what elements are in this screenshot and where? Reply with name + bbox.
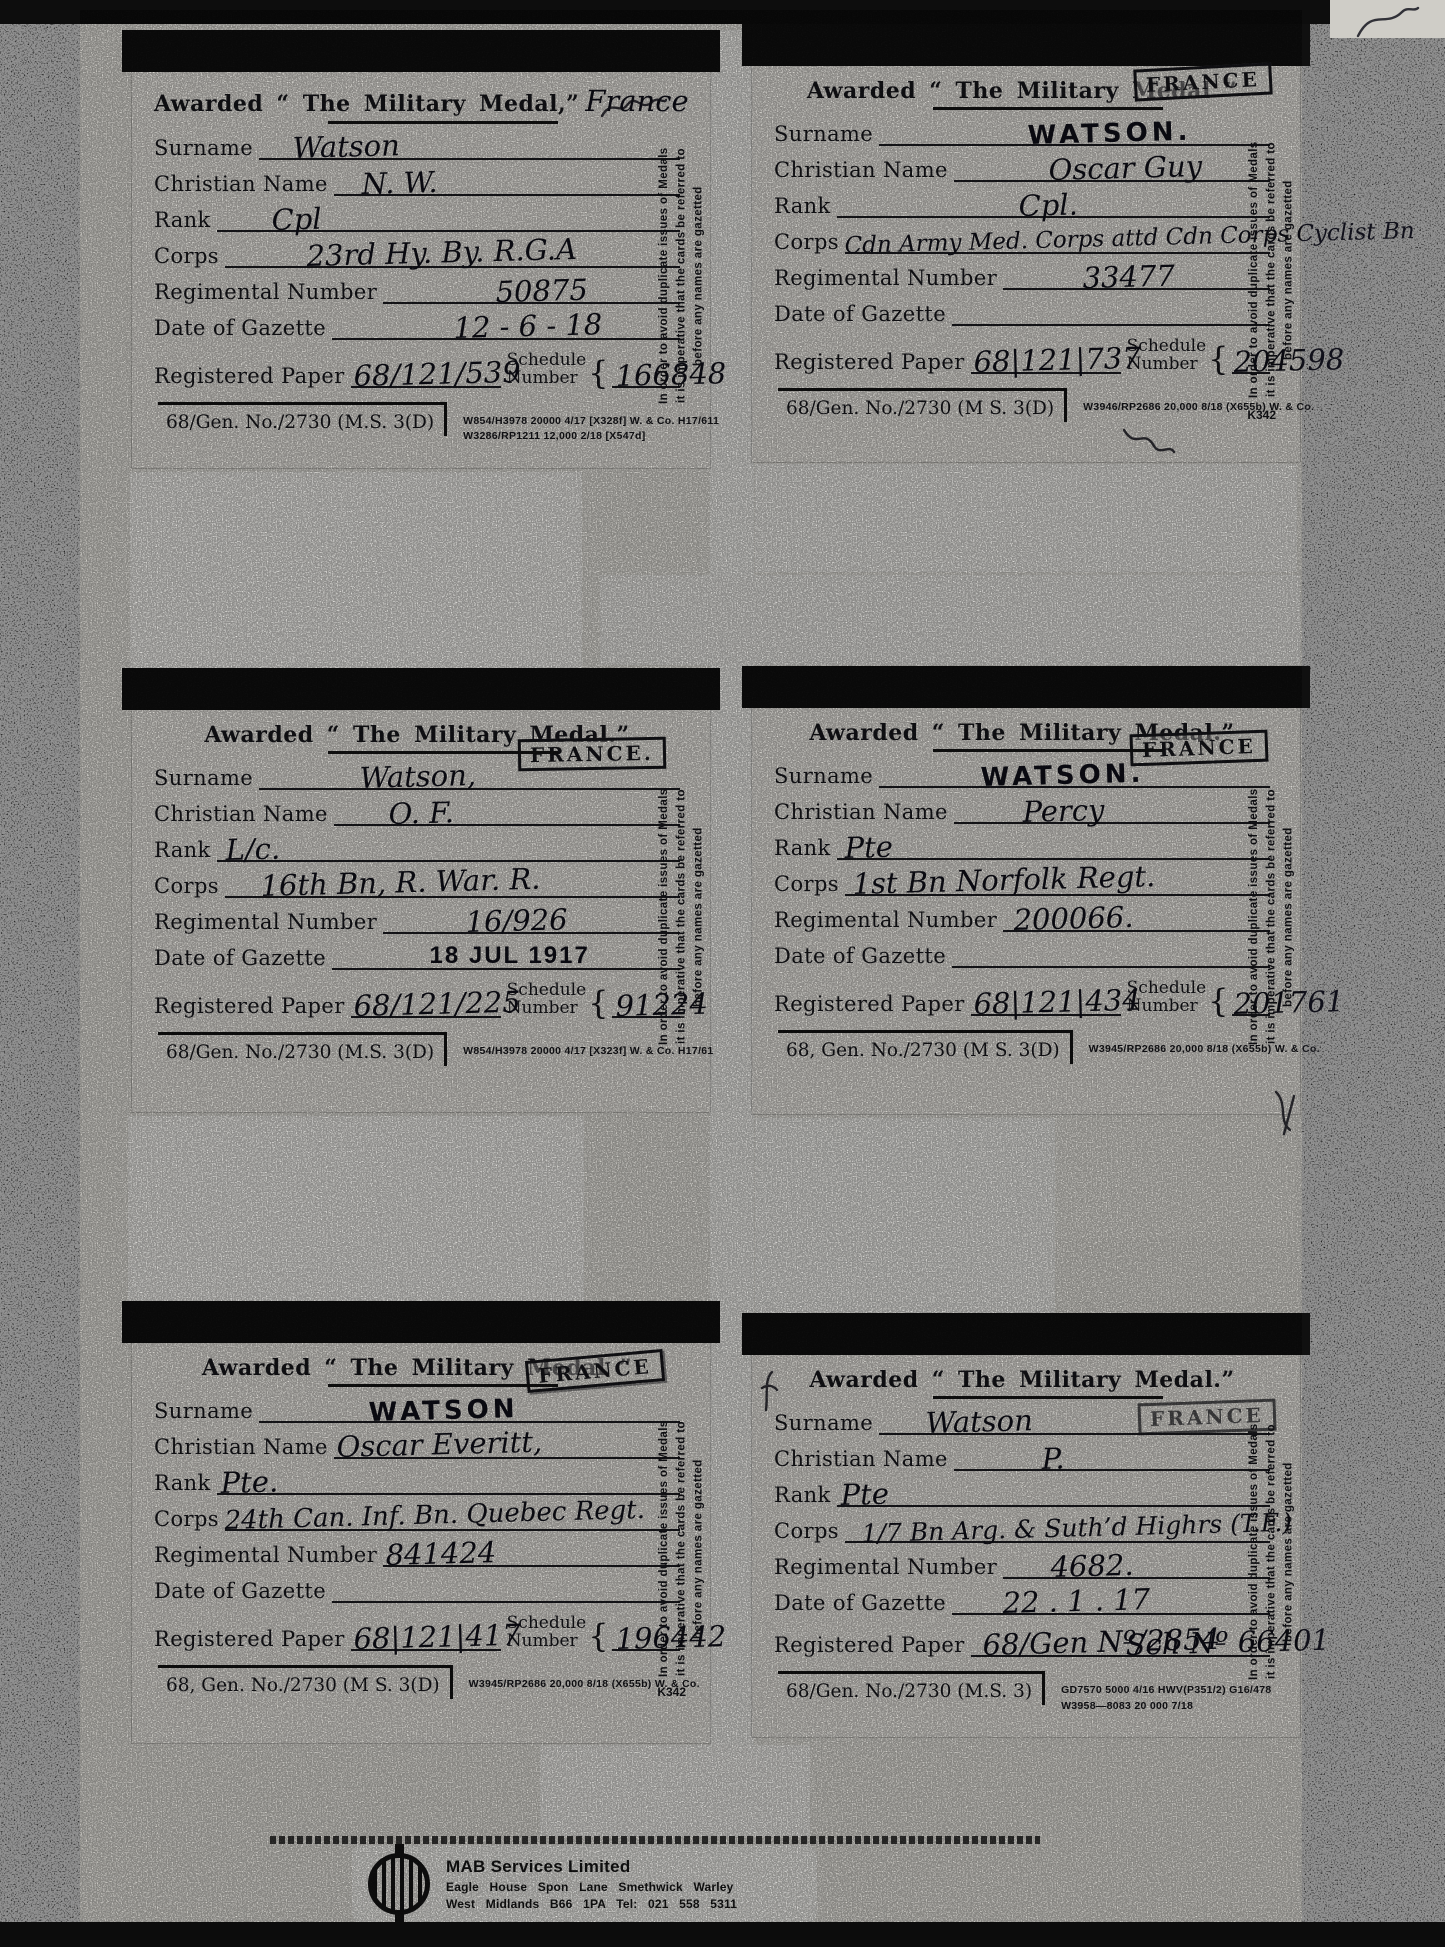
registered-paper-row: Registered Paper 68|121|737 ScheduleNumb… (774, 338, 1270, 374)
card-header: Awarded “ The Military Medal.” (774, 1367, 1270, 1399)
pen-flourish (758, 1366, 780, 1416)
rule-line: 1/7 Bn Arg. & Suth’d Highrs (T.F.) (845, 1513, 1270, 1543)
corps-label: Corps (154, 1507, 225, 1531)
mab-company-name: MAB Services Limited (446, 1857, 737, 1877)
registered-paper-row: Registered Paper 68/121/225 ScheduleNumb… (154, 982, 680, 1018)
christian-name-value: N. W. (361, 165, 438, 201)
gazette-row: Date of Gazette (774, 938, 1270, 968)
christian-name-label: Christian Name (774, 800, 954, 824)
christian-name-value: P. (1041, 1441, 1065, 1476)
regimental-number-row: Regimental Number4682. (774, 1549, 1270, 1579)
gazette-label: Date of Gazette (774, 1591, 952, 1615)
mab-address-line1: Eagle House Spon Lane Smethwick Warley (446, 1880, 737, 1894)
regimental-number-value: 4682. (1050, 1548, 1134, 1584)
rule-line: 16th Bn, R. War. R. (225, 868, 680, 898)
card-footer: 68/Gen. No./2730 (M.S. 3) GD7570 5000 4/… (774, 1671, 1270, 1715)
rule-line: 841424 (383, 1537, 680, 1567)
christian-name-row: Christian NameOscar Everitt, (154, 1429, 680, 1459)
rule-line (952, 938, 1270, 968)
gazette-row: Date of Gazette (154, 1573, 680, 1603)
rank-label: Rank (774, 836, 837, 860)
registered-paper-value: 68/121/539 (353, 354, 521, 392)
gazette-label: Date of Gazette (154, 316, 332, 340)
rule-line: Pte. (217, 1465, 680, 1495)
medal-card-watson-nw: Awarded “ The Military Medal,”France Sur… (132, 72, 710, 468)
schedule-brace: { (588, 1622, 608, 1651)
blank-area (600, 575, 1300, 665)
card-title: Awarded “ The Military Medal,” (154, 91, 579, 117)
rank-row: RankCpl (154, 202, 680, 232)
side-note: In order to avoid duplicate issues of Me… (656, 108, 708, 444)
card-footer: 68, Gen. No./2730 (M S. 3(D) W3945/RP268… (154, 1665, 680, 1699)
title-underline (933, 749, 1163, 752)
blank-area (755, 1118, 1055, 1314)
surname-row: SurnameWATSON. (774, 116, 1270, 146)
regimental-number-label: Regimental Number (154, 1543, 383, 1567)
card-title: Awarded “ The Military Medal.” (809, 1367, 1234, 1393)
surname-row: SurnameWATSON (154, 1393, 680, 1423)
rank-row: RankPte (774, 1477, 1270, 1507)
regimental-number-row: Regimental Number50875 (154, 274, 680, 304)
rule-line: 12 - 6 - 18 (332, 310, 680, 340)
rule-line: Oscar Guy (954, 152, 1270, 182)
card-top-bar (742, 666, 1310, 708)
card-footer: 68, Gen. No./2730 (M S. 3(D) W3945/RP268… (774, 1030, 1270, 1064)
surname-row: SurnameWatson, (154, 760, 680, 790)
surname-value: WATSON. (980, 759, 1145, 793)
rule-line: 16/926 (383, 904, 680, 934)
rule-line (952, 296, 1270, 326)
side-note: In order to avoid duplicate issues of Me… (656, 1379, 708, 1719)
regimental-number-label: Regimental Number (774, 1555, 1003, 1579)
gazette-label: Date of Gazette (774, 944, 952, 968)
rule-line: 68|121|737 (971, 344, 1121, 374)
blank-area (128, 1116, 584, 1302)
rule-line: 200066. (1003, 902, 1270, 932)
blank-area (1055, 1118, 1295, 1238)
rule-line: 68|121|434 (971, 986, 1121, 1016)
registered-paper-value: 68|121|737 (973, 340, 1141, 378)
rule-line: Pte (837, 1477, 1270, 1507)
schedule-brace: { (588, 359, 608, 388)
gazette-value: 22 . 1 . 17 (1002, 1582, 1150, 1620)
surname-label: Surname (154, 136, 259, 160)
registered-paper-label: Registered Paper (154, 364, 351, 388)
registered-paper-row: Registered Paper 68/Gen Nº/2854Sch Nº 66… (774, 1627, 1270, 1657)
rule-line: 1st Bn Norfolk Regt. (845, 866, 1270, 896)
regimental-number-row: Regimental Number33477 (774, 260, 1270, 290)
regimental-number-row: Regimental Number16/926 (154, 904, 680, 934)
christian-name-label: Christian Name (774, 1447, 954, 1471)
title-underline (933, 107, 1163, 110)
rule-line: WATSON. (879, 758, 1270, 788)
christian-name-label: Christian Name (774, 158, 954, 182)
medal-card-watson-oscar-guy: FRANCE Awarded “ The Military Medal ” Su… (752, 66, 1300, 462)
pen-flourish (598, 86, 670, 128)
gazette-row: Date of Gazette22 . 1 . 17 (774, 1585, 1270, 1615)
rule-line: Watson, (259, 760, 680, 790)
card-footer: 68/Gen. No./2730 (M.S. 3(D) W854/H3978 2… (154, 1032, 680, 1066)
registered-paper-row: Registered Paper 68|121|434 ScheduleNumb… (774, 980, 1270, 1016)
regimental-number-value: 16/926 (465, 902, 568, 939)
rule-line: 68/121/539 (351, 358, 501, 388)
regimental-number-label: Regimental Number (774, 908, 1003, 932)
footer-reference: 68, Gen. No./2730 (M S. 3(D) (778, 1030, 1073, 1064)
christian-name-value: Oscar Guy (1048, 149, 1202, 187)
rank-label: Rank (154, 838, 217, 862)
side-note: In order to avoid duplicate issues of Me… (1246, 1391, 1298, 1713)
corps-row: Corps23rd Hy. By. R.G.A (154, 238, 680, 268)
rank-label: Rank (774, 194, 837, 218)
mab-services-stamp: MAB Services Limited Eagle House Spon La… (352, 1845, 817, 1923)
footer-reference: 68/Gen. No./2730 (M S. 3(D) (778, 388, 1067, 422)
pen-flourish (1266, 1086, 1306, 1140)
surname-label: Surname (774, 764, 879, 788)
regimental-number-label: Regimental Number (154, 910, 383, 934)
corps-row: Corps1/7 Bn Arg. & Suth’d Highrs (T.F.) (774, 1513, 1270, 1543)
rank-label: Rank (154, 208, 217, 232)
medal-card-watson-of: FRANCE. Awarded “ The Military Medal.” S… (132, 710, 710, 1112)
frame-top-edge (0, 0, 1445, 24)
footer-reference: 68/Gen. No./2730 (M.S. 3(D) (158, 1032, 447, 1066)
surname-value: Watson (292, 128, 400, 165)
frame-bottom-edge (0, 1922, 1445, 1947)
registered-paper-row: Registered Paper 68/121/539 ScheduleNumb… (154, 352, 680, 388)
rule-line: L/c. (217, 832, 680, 862)
rank-row: RankPte. (154, 1465, 680, 1495)
blank-area (755, 464, 1297, 572)
scan-divider-line (270, 1836, 1040, 1844)
schedule-brace: { (588, 989, 608, 1018)
registered-paper-label: Registered Paper (774, 992, 971, 1016)
gazette-label: Date of Gazette (774, 302, 952, 326)
corps-value: 23rd Hy. By. R.G.A (306, 232, 577, 273)
rank-value: Cpl (271, 202, 322, 237)
side-note: In order to avoid duplicate issues of Me… (1246, 102, 1298, 438)
mab-logo-icon (368, 1853, 430, 1915)
rank-value: Pte (840, 1477, 889, 1512)
corps-value: 24th Can. Inf. Bn. Quebec Regt. (224, 1495, 645, 1536)
rule-line: Cpl. (837, 188, 1270, 218)
christian-name-label: Christian Name (154, 172, 334, 196)
medal-card-watson-p: FRANCE Awarded “ The Military Medal.” Su… (752, 1355, 1300, 1737)
corps-value: 1/7 Bn Arg. & Suth’d Highrs (T.F.) (861, 1508, 1292, 1548)
rule-line: 68|121|417 (351, 1621, 501, 1651)
rule-line: 68/121/225 (351, 988, 501, 1018)
rule-line: WATSON (259, 1393, 680, 1423)
corps-label: Corps (774, 230, 845, 254)
gazette-row: Date of Gazette12 - 6 - 18 (154, 310, 680, 340)
rule-line: 22 . 1 . 17 (952, 1585, 1270, 1615)
christian-name-row: Christian NameN. W. (154, 166, 680, 196)
corps-label: Corps (774, 1519, 845, 1543)
medal-card-watson-percy: FRANCE Awarded “ The Military Medal.” Su… (752, 708, 1300, 1114)
regimental-number-label: Regimental Number (154, 280, 383, 304)
corps-row: CorpsCdn Army Med. Corps attd Cdn Corps … (774, 224, 1270, 254)
gazette-value: 12 - 6 - 18 (453, 307, 603, 345)
rule-line: 68/Gen Nº/2854Sch Nº 66401 (971, 1627, 1270, 1657)
christian-name-row: Christian NameO. F. (154, 796, 680, 826)
blank-area (710, 30, 754, 1830)
rank-value: L/c. (225, 832, 280, 867)
rule-line: 24th Can. Inf. Bn. Quebec Regt. (225, 1501, 680, 1531)
gazette-row: Date of Gazette (774, 296, 1270, 326)
registered-paper-label: Registered Paper (154, 1627, 351, 1651)
rank-label: Rank (154, 1471, 217, 1495)
blank-area (130, 472, 582, 668)
regimental-number-label: Regimental Number (774, 266, 1003, 290)
rule-line: Cpl (217, 202, 680, 232)
christian-name-row: Christian NameOscar Guy (774, 152, 1270, 182)
gazette-date-stamp: 18 JUL 1917 (430, 942, 590, 970)
corps-value: 1st Bn Norfolk Regt. (853, 859, 1157, 901)
christian-name-row: Christian NameP. (774, 1441, 1270, 1471)
registered-paper-label: Registered Paper (774, 1633, 971, 1657)
blank-area (540, 1745, 810, 1837)
corps-row: Corps24th Can. Inf. Bn. Quebec Regt. (154, 1501, 680, 1531)
registered-paper-label: Registered Paper (774, 350, 971, 374)
rank-value: Pte (844, 830, 893, 865)
surname-label: Surname (154, 766, 259, 790)
surname-value: WATSON (368, 1394, 519, 1428)
surname-row: SurnameWATSON. (774, 758, 1270, 788)
christian-name-value: Oscar Everitt, (336, 1425, 542, 1464)
corps-row: Corps16th Bn, R. War. R. (154, 868, 680, 898)
rule-line: Pte (837, 830, 1270, 860)
gazette-row: Date of Gazette18 JUL 1917 (154, 940, 680, 970)
pen-flourish (1352, 2, 1422, 42)
card-footer: 68/Gen. No./2730 (M S. 3(D) W3946/RP2686… (774, 388, 1270, 422)
rank-value: Cpl. (1018, 187, 1078, 223)
pen-flourish (1118, 420, 1178, 464)
rule-line (332, 1573, 680, 1603)
regimental-number-value: 33477 (1082, 259, 1175, 295)
footer-reference: 68, Gen. No./2730 (M S. 3(D) (158, 1665, 453, 1699)
surname-label: Surname (154, 1399, 259, 1423)
title-underline (933, 1396, 1163, 1399)
title-underline (328, 1384, 558, 1387)
christian-name-label: Christian Name (154, 1435, 334, 1459)
rule-line: Cdn Army Med. Corps attd Cdn Corps Cycli… (845, 224, 1270, 254)
regimental-number-value: 200066. (1013, 900, 1134, 937)
rule-line: WATSON. (879, 116, 1270, 146)
rule-line: 23rd Hy. By. R.G.A (225, 238, 680, 268)
rule-line: 50875 (383, 274, 680, 304)
rule-line: O. F. (334, 796, 680, 826)
rule-line: 18 JUL 1917 (332, 940, 680, 970)
mab-address-line2: West Midlands B66 1PA Tel: 021 558 5311 (446, 1897, 737, 1911)
gazette-label: Date of Gazette (154, 946, 332, 970)
rule-line: Oscar Everitt, (334, 1429, 680, 1459)
card-footer: 68/Gen. No./2730 (M.S. 3(D) W854/H3978 2… (154, 402, 680, 446)
corps-label: Corps (154, 874, 225, 898)
corps-row: Corps1st Bn Norfolk Regt. (774, 866, 1270, 896)
registered-paper-row: Registered Paper 68|121|417 ScheduleNumb… (154, 1615, 680, 1651)
christian-name-value: O. F. (388, 795, 454, 831)
registered-paper-value: 68/121/225 (353, 984, 521, 1022)
surname-value: Watson (925, 1403, 1033, 1440)
rank-row: RankL/c. (154, 832, 680, 862)
surname-row: SurnameWatson (154, 130, 680, 160)
christian-name-label: Christian Name (154, 802, 334, 826)
schedule-brace: { (1208, 345, 1228, 374)
corps-value: 16th Bn, R. War. R. (260, 862, 541, 903)
card-top-bar (122, 1301, 720, 1343)
corps-label: Corps (774, 872, 845, 896)
card-top-bar (742, 24, 1310, 66)
regimental-number-row: Regimental Number200066. (774, 902, 1270, 932)
surname-value: Watson, (359, 758, 476, 795)
gazette-label: Date of Gazette (154, 1579, 332, 1603)
footer-reference: 68/Gen. No./2730 (M.S. 3(D) (158, 402, 447, 436)
rule-line: P. (954, 1441, 1270, 1471)
side-note: In order to avoid duplicate issues of Me… (1246, 744, 1298, 1090)
rule-line: Watson (879, 1405, 1270, 1435)
card-top-bar (122, 30, 720, 72)
surname-row: SurnameWatson (774, 1405, 1270, 1435)
schedule-number-value: Sch Nº 66401 (1125, 1623, 1330, 1662)
surname-label: Surname (774, 1411, 879, 1435)
surname-label: Surname (774, 122, 879, 146)
corps-value: Cdn Army Med. Corps attd Cdn Corps Cycli… (844, 218, 1415, 259)
registered-paper-label: Registered Paper (154, 994, 351, 1018)
schedule-brace: { (1208, 987, 1228, 1016)
christian-name-value: Percy (1023, 793, 1106, 829)
card-top-bar (742, 1313, 1310, 1355)
title-underline (328, 121, 558, 124)
rank-value: Pte. (220, 1465, 278, 1500)
regimental-number-row: Regimental Number841424 (154, 1537, 680, 1567)
footer-reference: 68/Gen. No./2730 (M.S. 3) (778, 1671, 1045, 1705)
rank-row: RankPte (774, 830, 1270, 860)
surname-value: WATSON. (1027, 117, 1192, 151)
printer-marks: GD7570 5000 4/16 HWV(P351/2) G16/478W395… (1061, 1683, 1271, 1715)
rule-line: 4682. (1003, 1549, 1270, 1579)
rule-line: Watson (259, 130, 680, 160)
christian-name-row: Christian NamePercy (774, 794, 1270, 824)
rank-row: RankCpl. (774, 188, 1270, 218)
title-underline (328, 751, 558, 754)
mab-stamp-text: MAB Services Limited Eagle House Spon La… (446, 1857, 737, 1911)
rule-line: 33477 (1003, 260, 1270, 290)
rank-label: Rank (774, 1483, 837, 1507)
registered-paper-value: 68|121|417 (353, 1617, 521, 1655)
scanned-document-page: Awarded “ The Military Medal,”France Sur… (0, 0, 1445, 1947)
side-note: In order to avoid duplicate issues of Me… (656, 746, 708, 1088)
medal-card-watson-oscar-everitt: FRANCE Awarded “ The Military Medal ” Su… (132, 1343, 710, 1743)
rule-line: Percy (954, 794, 1270, 824)
regimental-number-value: 841424 (385, 1535, 497, 1572)
rule-line: N. W. (334, 166, 680, 196)
corps-label: Corps (154, 244, 225, 268)
regimental-number-value: 50875 (495, 273, 588, 309)
registered-paper-value: 68|121|434 (973, 982, 1141, 1020)
card-top-bar (122, 668, 720, 710)
